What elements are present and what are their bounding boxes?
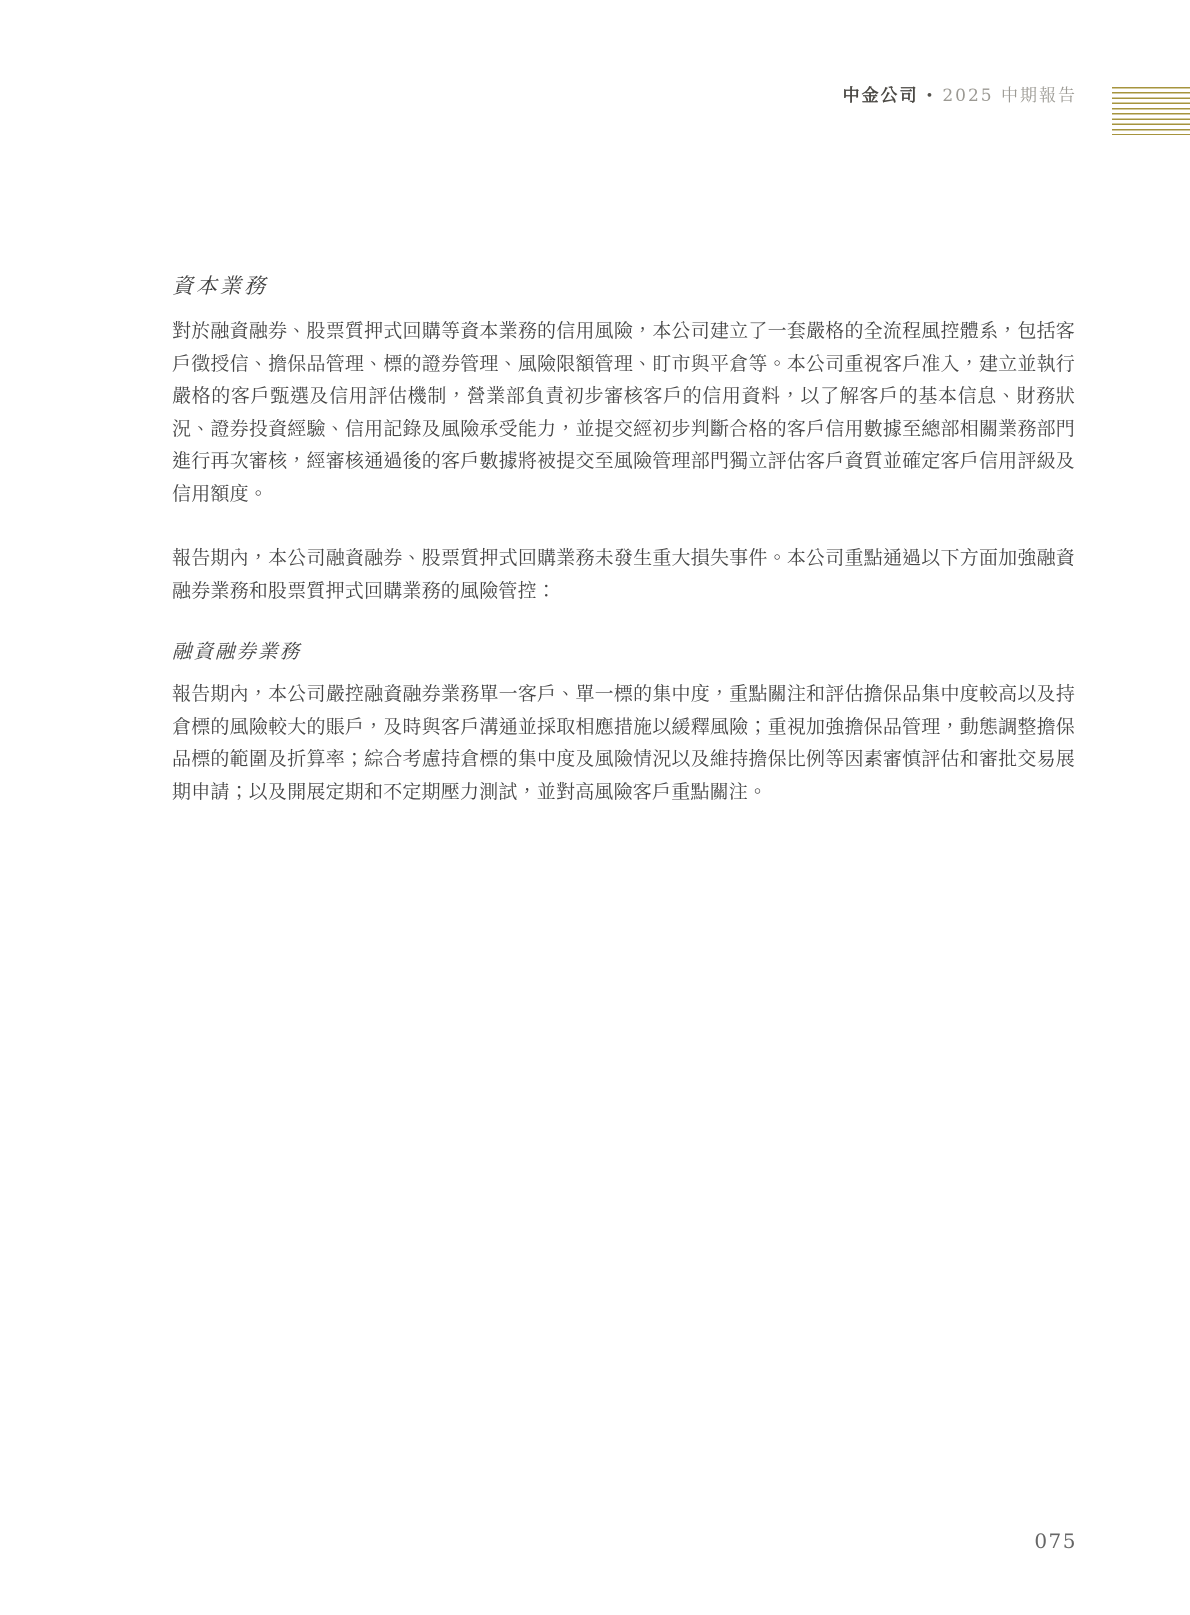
- report-page: 中金公司•2025 中期報告 資本業務 對於融資融券、股票質押式回購等資本業務的…: [0, 0, 1190, 1615]
- section-heading-capital-business: 資本業務: [172, 273, 1075, 300]
- paragraph-credit-risk-framework: 對於融資融券、股票質押式回購等資本業務的信用風險，本公司建立了一套嚴格的全流程風…: [172, 316, 1075, 511]
- gold-stripes-icon: [1112, 87, 1190, 135]
- report-title: 2025 中期報告: [942, 86, 1077, 106]
- separator-bullet-icon: •: [919, 89, 943, 104]
- page-number: 075: [1034, 1529, 1077, 1553]
- paragraph-margin-financing-risk-control: 報告期內，本公司嚴控融資融券業務單一客戶、單一標的集中度，重點關注和評估擔保品集…: [172, 679, 1075, 809]
- sub-heading-margin-financing-business: 融資融券業務: [172, 639, 1075, 665]
- page-header: 中金公司•2025 中期報告: [843, 84, 1077, 108]
- paragraph-reporting-period-summary: 報告期內，本公司融資融券、股票質押式回購業務未發生重大損失事件。本公司重點通過以…: [172, 543, 1075, 608]
- company-name: 中金公司: [843, 86, 919, 106]
